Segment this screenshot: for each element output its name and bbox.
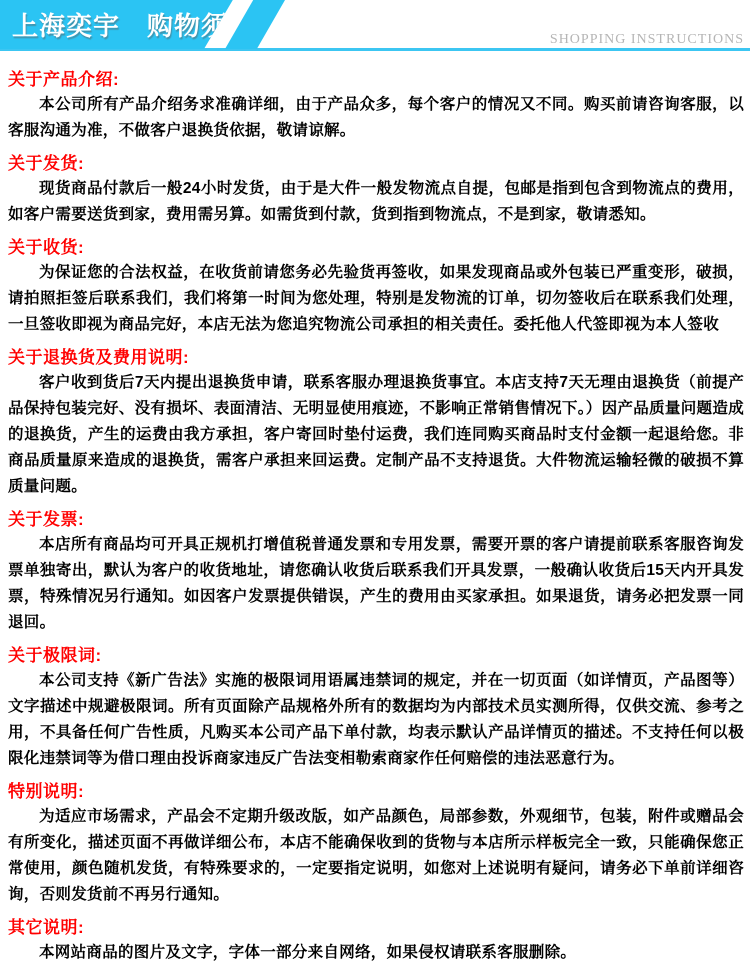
section-heading: 其它说明: — [8, 913, 744, 938]
section-body: 本店所有商品均可开具正规机打增值税普通发票和专用发票，需要开票的客户请提前联系客… — [8, 532, 744, 636]
section-body: 现货商品付款后一般24小时发货，由于是大件一般发物流点自提，包邮是指到包含到物流… — [8, 176, 744, 228]
section-receiving: 关于收货: 为保证您的合法权益，在收货前请您务必先验货再签收，如果发现商品或外包… — [8, 233, 744, 338]
section-special-notes: 特别说明: 为适应市场需求，产品会不定期升级改版，如产品颜色，局部参数，外观细节… — [8, 777, 744, 908]
section-heading: 关于退换货及费用说明: — [8, 343, 744, 368]
section-heading: 关于极限词: — [8, 641, 744, 666]
section-heading: 关于发货: — [8, 149, 744, 174]
banner-accent-stripe — [225, 0, 285, 49]
section-body: 本网站商品的图片及文字，字体一部分来自网络，如果侵权请联系客服删除。 — [8, 940, 744, 966]
section-returns-fees: 关于退换货及费用说明: 客户收到货后7天内提出退换货申请，联系客服办理退换货事宜… — [8, 343, 744, 500]
section-body: 客户收到货后7天内提出退换货申请，联系客服办理退换货事宜。本店支持7天无理由退换… — [8, 370, 744, 500]
section-body: 为适应市场需求，产品会不定期升级改版，如产品颜色，局部参数，外观细节，包装，附件… — [8, 804, 744, 908]
header-subtitle-en: SHOPPING INSTRUCTIONS — [550, 32, 744, 48]
section-product-intro: 关于产品介绍: 本公司所有产品介绍务求准确详细，由于产品众多，每个客户的情况又不… — [8, 65, 744, 144]
section-invoice: 关于发票: 本店所有商品均可开具正规机打增值税普通发票和专用发票，需要开票的客户… — [8, 505, 744, 636]
section-heading: 关于收货: — [8, 233, 744, 258]
banner-ribbon: 上海奕宇 购物须知 — [0, 0, 240, 49]
section-heading: 关于产品介绍: — [8, 65, 744, 90]
section-other-notes: 其它说明: 本网站商品的图片及文字，字体一部分来自网络，如果侵权请联系客服删除。 — [8, 913, 744, 966]
page-header: 上海奕宇 购物须知 SHOPPING INSTRUCTIONS — [0, 0, 750, 54]
section-heading: 特别说明: — [8, 777, 744, 802]
section-heading: 关于发票: — [8, 505, 744, 530]
section-body: 为保证您的合法权益，在收货前请您务必先验货再签收，如果发现商品或外包装已严重变形… — [8, 260, 744, 338]
banner-title: 上海奕宇 购物须知 — [0, 6, 255, 43]
section-body: 本公司所有产品介绍务求准确详细，由于产品众多，每个客户的情况又不同。购买前请咨询… — [8, 92, 744, 144]
section-shipping: 关于发货: 现货商品付款后一般24小时发货，由于是大件一般发物流点自提，包邮是指… — [8, 149, 744, 228]
section-extreme-words: 关于极限词: 本公司支持《新广告法》实施的极限词用语属违禁词的规定，并在一切页面… — [8, 641, 744, 772]
shopping-instructions-page: 上海奕宇 购物须知 SHOPPING INSTRUCTIONS 关于产品介绍: … — [0, 0, 750, 974]
notice-content: 关于产品介绍: 本公司所有产品介绍务求准确详细，由于产品众多，每个客户的情况又不… — [0, 54, 750, 974]
section-body: 本公司支持《新广告法》实施的极限词用语属违禁词的规定，并在一切页面（如详情页，产… — [8, 668, 744, 772]
